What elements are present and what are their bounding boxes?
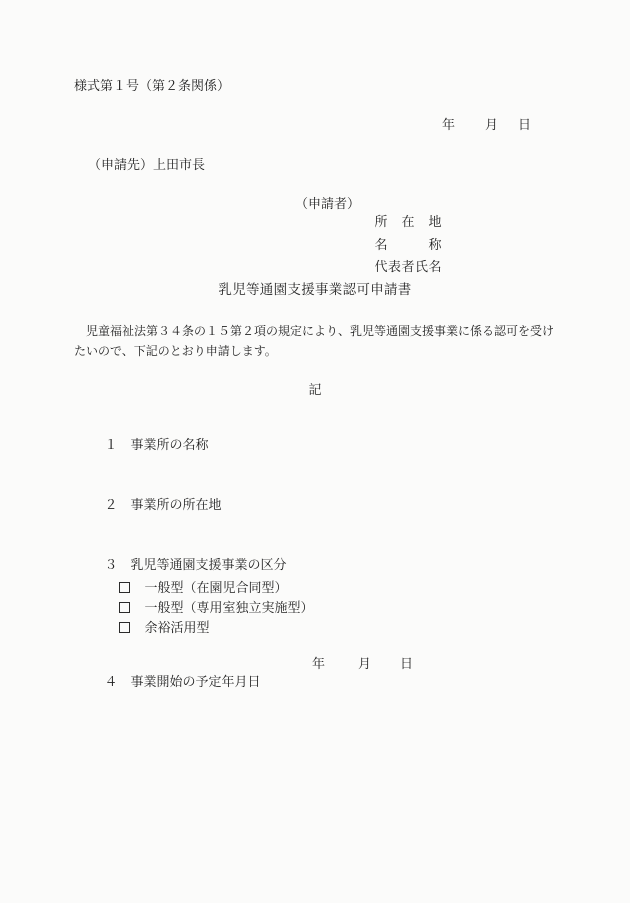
applicant-field-representative-label: 代表者氏名 [375, 259, 442, 277]
item-4-label: 事業開始の予定年月日 [131, 675, 261, 690]
checkbox-option-surplus: 余裕活用型 [102, 602, 210, 656]
record-heading: 記 [0, 382, 630, 400]
applicant-prefix: （申請者） [295, 196, 360, 214]
document-page: 様式第１号（第２条関係） 年 月 日 （申請先）上田市長 （申請者） 所在地 名… [0, 0, 630, 903]
start-date-day-label: 日 [400, 656, 413, 674]
start-date-month-label: 月 [358, 656, 371, 674]
checkbox-icon[interactable] [119, 622, 130, 633]
issue-date-day-label: 日 [518, 117, 531, 135]
item-2-number: ２ [105, 497, 131, 515]
item-row-2: ２事業所の所在地 [88, 479, 222, 533]
body-paragraph-line-2: たいので、下記のとおり申請します。 [74, 342, 277, 360]
item-1-number: １ [105, 437, 131, 455]
form-number: 様式第１号（第２条関係） [74, 78, 230, 96]
addressee: （申請先）上田市長 [88, 157, 205, 175]
item-row-1: １事業所の名称 [88, 419, 209, 473]
item-row-4: ４事業開始の予定年月日 [88, 656, 261, 710]
body-paragraph-line-1: 児童福祉法第３４条の１５第２項の規定により、乳児等通園支援事業に係る認可を受け [86, 322, 554, 340]
issue-date-month-label: 月 [485, 117, 498, 135]
checkbox-option-label: 余裕活用型 [145, 621, 210, 636]
item-2-label: 事業所の所在地 [131, 498, 222, 513]
document-title: 乳児等通園支援事業認可申請書 [0, 281, 630, 299]
item-1-label: 事業所の名称 [131, 438, 209, 453]
start-date-year-label: 年 [312, 656, 325, 674]
item-4-number: ４ [105, 674, 131, 692]
issue-date-year-label: 年 [442, 117, 455, 135]
